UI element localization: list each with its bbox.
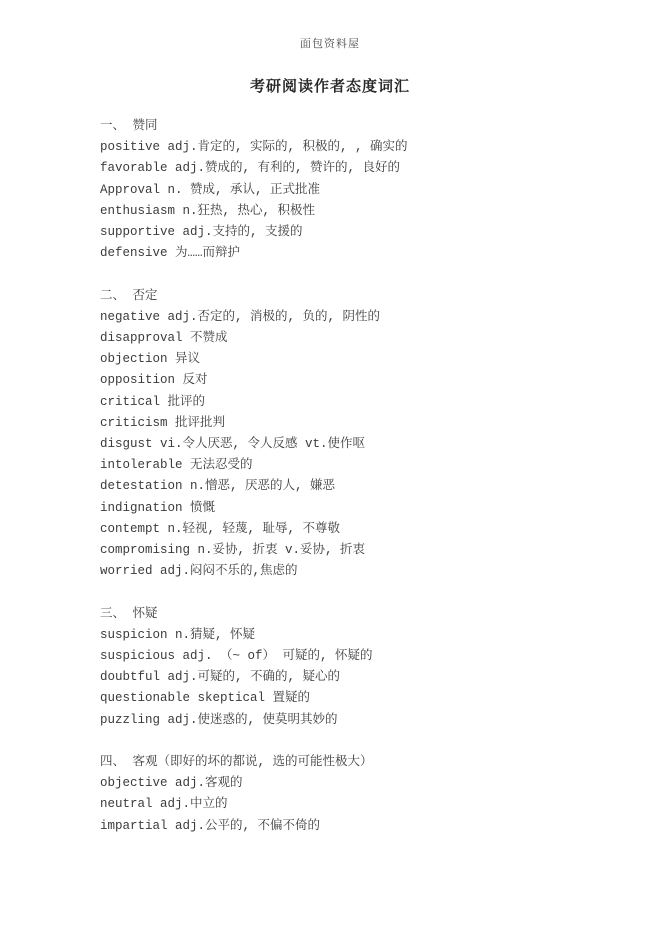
vocab-line: favorable adj.赞成的, 有利的, 赞许的, 良好的 — [100, 158, 600, 179]
vocab-line: impartial adj.公平的, 不偏不倚的 — [100, 816, 600, 837]
vocab-line: suspicion n.猜疑, 怀疑 — [100, 625, 600, 646]
vocab-line: indignation 愤慨 — [100, 498, 600, 519]
vocab-line: disapproval 不赞成 — [100, 328, 600, 349]
vocab-line: critical 批评的 — [100, 392, 600, 413]
vocab-section-2: 二、 否定negative adj.否定的, 消极的, 负的, 阴性的disap… — [100, 286, 600, 583]
vocab-line: objection 异议 — [100, 349, 600, 370]
section-heading: 四、 客观（即好的坏的都说, 选的可能性极大） — [100, 752, 600, 773]
vocab-section-4: 四、 客观（即好的坏的都说, 选的可能性极大）objective adj.客观的… — [100, 752, 600, 837]
vocab-line: Approval n. 赞成, 承认, 正式批准 — [100, 180, 600, 201]
vocab-line: supportive adj.支持的, 支援的 — [100, 222, 600, 243]
vocab-line: worried adj.闷闷不乐的,焦虑的 — [100, 561, 600, 582]
vocab-line: intolerable 无法忍受的 — [100, 455, 600, 476]
vocab-line: contempt n.轻视, 轻蔑, 耻辱, 不尊敬 — [100, 519, 600, 540]
vocab-line: criticism 批评批判 — [100, 413, 600, 434]
vocab-line: positive adj.肯定的, 实际的, 积极的, , 确实的 — [100, 137, 600, 158]
vocab-line: objective adj.客观的 — [100, 773, 600, 794]
document-page: 面包资料屋 考研阅读作者态度词汇 一、 赞同positive adj.肯定的, … — [0, 0, 660, 933]
page-title: 考研阅读作者态度词汇 — [0, 79, 660, 97]
vocab-line: defensive 为……而辩护 — [100, 243, 600, 264]
vocab-line: negative adj.否定的, 消极的, 负的, 阴性的 — [100, 307, 600, 328]
vocab-line: neutral adj.中立的 — [100, 794, 600, 815]
vocab-section-3: 三、 怀疑suspicion n.猜疑, 怀疑suspicious adj. （… — [100, 604, 600, 731]
vocab-line: doubtful adj.可疑的, 不确的, 疑心的 — [100, 667, 600, 688]
section-heading: 三、 怀疑 — [100, 604, 600, 625]
vocab-content: 一、 赞同positive adj.肯定的, 实际的, 积极的, , 确实的fa… — [100, 116, 600, 837]
doc-header: 面包资料屋 — [0, 0, 660, 52]
section-heading: 二、 否定 — [100, 286, 600, 307]
vocab-line: disgust vi.令人厌恶, 令人反感 vt.使作呕 — [100, 434, 600, 455]
vocab-section-1: 一、 赞同positive adj.肯定的, 实际的, 积极的, , 确实的fa… — [100, 116, 600, 264]
vocab-line: opposition 反对 — [100, 370, 600, 391]
vocab-line: questionable skeptical 置疑的 — [100, 688, 600, 709]
vocab-line: detestation n.憎恶, 厌恶的人, 嫌恶 — [100, 476, 600, 497]
vocab-line: enthusiasm n.狂热, 热心, 积极性 — [100, 201, 600, 222]
vocab-line: puzzling adj.使迷惑的, 使莫明其妙的 — [100, 710, 600, 731]
section-heading: 一、 赞同 — [100, 116, 600, 137]
vocab-line: compromising n.妥协, 折衷 v.妥协, 折衷 — [100, 540, 600, 561]
vocab-line: suspicious adj. （~ of） 可疑的, 怀疑的 — [100, 646, 600, 667]
